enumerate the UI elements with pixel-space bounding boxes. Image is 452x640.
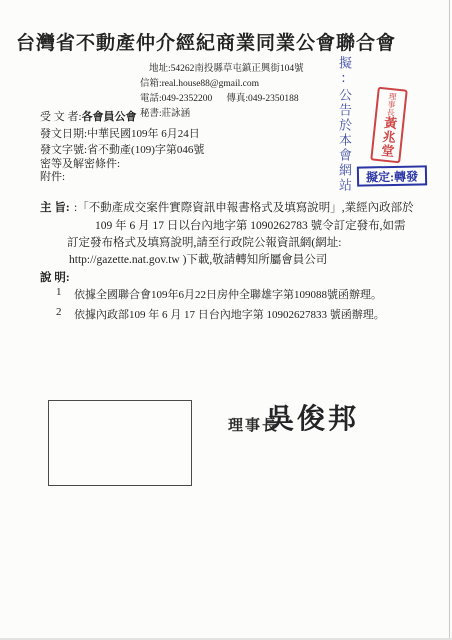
secretary-label: 秘書: [140,109,162,119]
contact-block: 地址:54262南投縣草屯鎮正興街104號 信箱:real.house88@gm… [140,62,304,122]
issue-date-row: 發文日期:中華民國109年 6月24日 [40,125,200,141]
approval-stamp: 擬定:轉發 [357,165,427,186]
organization-title: 台灣省不動產仲介經紀商業同業公會聯合會 [0,28,412,55]
contact-email: 信箱:real.house88@gmail.com [140,77,304,92]
attachment-label: 附件: [40,171,65,183]
recipient-value: 各會員公會 [82,111,137,123]
chairman-seal-stamp: 理事長黃兆堂 [370,87,408,164]
blank-seal-box [48,400,192,486]
phone-label: 電話: [140,94,162,104]
explanation-item-1-text: 依據全國聯合會109年6月22日房仲全聯雄字第109088號函辦理。 [74,286,382,302]
explanation-item-2-number: 2 [56,306,62,318]
fax-value: 049-2350188 [248,94,299,104]
scan-edge-line [449,0,450,640]
fax-label: 傳真: [226,94,248,104]
subject-line-4: http://gazette.nat.gov.tw )下載,敬請轉知所屬會員公司 [69,251,327,267]
contact-phone-fax: 電話:049-2352200傳真:049-2350188 [140,92,304,107]
recipient-row: 受 文 者:各會員公會 [40,108,137,124]
subject-line-2: 109 年 6 月 17 日以台內地字第 1090262783 號令訂定發布,如… [95,217,406,233]
contact-address: 地址:54262南投縣草屯鎮正興街104號 [140,62,304,77]
recipient-label: 受 文 者: [40,111,82,123]
attachment-row: 附件: [40,168,65,184]
explanation-item-1-number: 1 [56,286,62,298]
seal-name: 黃兆堂 [379,115,398,158]
email-label: 信箱: [140,79,162,89]
subject-line-1: :「不動產成交案件實際資訊申報書格式及填寫說明」,業經內政部於 [74,199,414,215]
signature-name: 吳俊邦 [266,397,359,437]
date-value: 中華民國109年 6月24日 [87,128,200,140]
email-value: real.house88@gmail.com [162,79,259,89]
phone-value: 049-2352200 [162,94,213,104]
secretary-value: 莊詠涵 [162,109,191,119]
subject-label: 主 旨: [40,199,70,215]
subject-line-3: 訂定發布格式及填寫說明,請至行政院公報資訊網(網址: [67,234,341,250]
contact-secretary: 秘書:莊詠涵 [140,107,304,122]
document-page: 台灣省不動產仲介經紀商業同業公會聯合會 地址:54262南投縣草屯鎮正興街104… [0,0,452,640]
explanation-item-2-text: 依據內政部109 年 6 月 17 日台內地字第 10902627833 號函辦… [74,306,385,322]
address-value: 54262南投縣草屯鎮正興街104號 [171,64,304,74]
handwritten-note-vertical: 擬:公告於本會網站 [335,56,353,206]
explanation-label: 說 明: [40,269,70,285]
chairman-seal-text: 理事長黃兆堂 [378,91,401,158]
address-label: 地址: [149,64,171,74]
seal-title: 理事長 [386,92,397,117]
date-label: 發文日期: [40,128,87,140]
